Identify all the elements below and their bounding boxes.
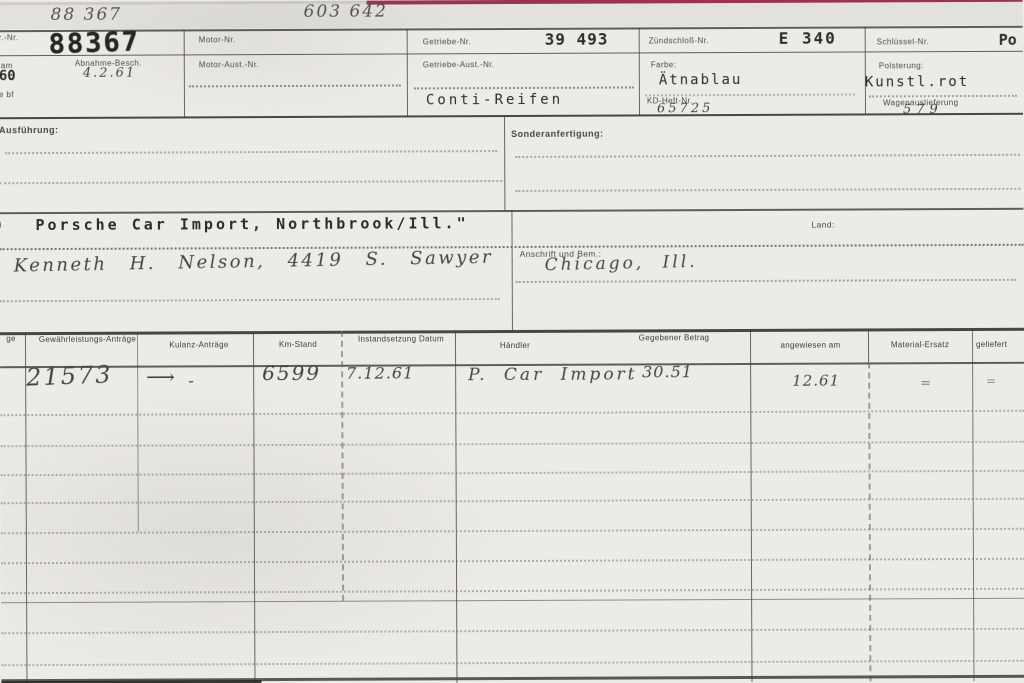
owner-city-handwritten: Chicago, Ill. [544,252,697,275]
row1-arrow-handwritten: ⟶ [146,364,175,388]
row1-warranty-number: 21573 [26,360,113,391]
upholstery-value: Kunstl.rot [865,74,969,90]
owner-name-address-handwritten: Kenneth H. Nelson, 4419 S. Sawyer [13,247,493,277]
engine-number-label: Motor-Nr. [199,35,236,44]
chassis-number-stamp: 88367 [48,26,140,60]
goodwill-claims-header: Kulanz-Anträge [148,340,250,351]
row1-goodwill-dash: - [188,371,194,391]
odometer-header: Km-Stand [258,340,338,351]
key-number-label: Schlüssel-Nr. [877,37,929,46]
delivered-header: geliefert [976,340,1024,351]
row1-dealer-value: P. Car Import [468,364,637,385]
row1-remitted-date: 12.61 [792,372,840,390]
dotted-rule [0,410,1024,416]
grid-line [0,51,1023,56]
dealer-line: Porsche Car Import, Northbrook/Ill." [35,214,468,234]
color-label: Farbe: [651,60,677,69]
version-label: Ausführung: [0,125,59,135]
row1-delivered-mark: = [986,374,996,388]
scanned-kardex-card: 88 367 603 642 r.-Nr. 88367 am 60 e bf A… [0,0,1024,683]
grid-line [639,27,640,115]
dotted-rule [515,188,1020,192]
warranty-claims-header: Gewährleistungs-Anträge [30,335,145,346]
delivery-value: 579 [903,102,943,117]
dotted-rule [414,86,634,89]
acceptance-date-handwritten: 4.2.61 [83,66,136,81]
dotted-rule [515,154,1020,158]
row1-repair-date: 7.12.61 [346,363,414,382]
ignition-lock-value: E 340 [779,29,837,48]
upholstery-label: Polsterung: [879,61,924,70]
grid-line [0,113,1023,119]
row1-amount-value: 30.51 [642,362,693,381]
cutoff-stamp-char: O [0,216,2,234]
dotted-rule [516,279,1016,283]
cutoff-left-header: ge [0,334,22,344]
card-sheet: 88 367 603 642 r.-Nr. 88367 am 60 e bf A… [0,0,1024,683]
dotted-rule [869,95,1017,98]
grid-line [504,115,505,210]
key-number-value: Po [999,31,1017,49]
row1-odometer-value: 6599 [262,361,321,385]
grid-line [865,26,866,114]
engine-exchange-label: Motor-Aust.-Nr. [199,60,259,69]
amount-given-header: Gegebener Betrag [638,333,710,344]
dotted-rule [0,298,500,302]
handwritten-engine-number: 603 642 [304,2,388,22]
tires-value: Conti-Reifen [426,92,563,109]
gearbox-exchange-label: Getriebe-Aust.-Nr. [423,60,495,69]
grid-line [184,29,185,117]
gearbox-number-value: 39 493 [545,30,609,49]
dotted-rule [5,150,497,154]
cutoff-year-value: 60 [0,68,16,84]
gearbox-number-label: Getriebe-Nr. [423,37,471,46]
chassis-number-label: r.-Nr. [0,33,18,42]
material-replacement-header: Material-Ersatz [872,340,968,351]
cutoff-bf-label: e bf [0,90,14,99]
dealer-header: Händler [470,341,560,352]
grid-line [868,328,869,362]
grid-line [407,28,408,116]
handwritten-chassis-number: 88 367 [51,5,123,25]
color-value: Ätnablau [659,72,743,88]
grid-line [511,210,513,330]
ignition-lock-label: Zündschloß-Nr. [649,36,709,45]
dotted-rule [0,180,502,184]
dotted-rule [189,84,401,87]
row1-material-mark: = [920,376,931,391]
custom-build-label: Sonderanfertigung: [511,129,604,139]
remitted-on-header: angewiesen am [758,340,863,351]
country-label: Land: [811,220,834,230]
service-book-value: 65725 [657,101,713,116]
repair-date-header: Instandsetzung Datum [352,334,450,345]
